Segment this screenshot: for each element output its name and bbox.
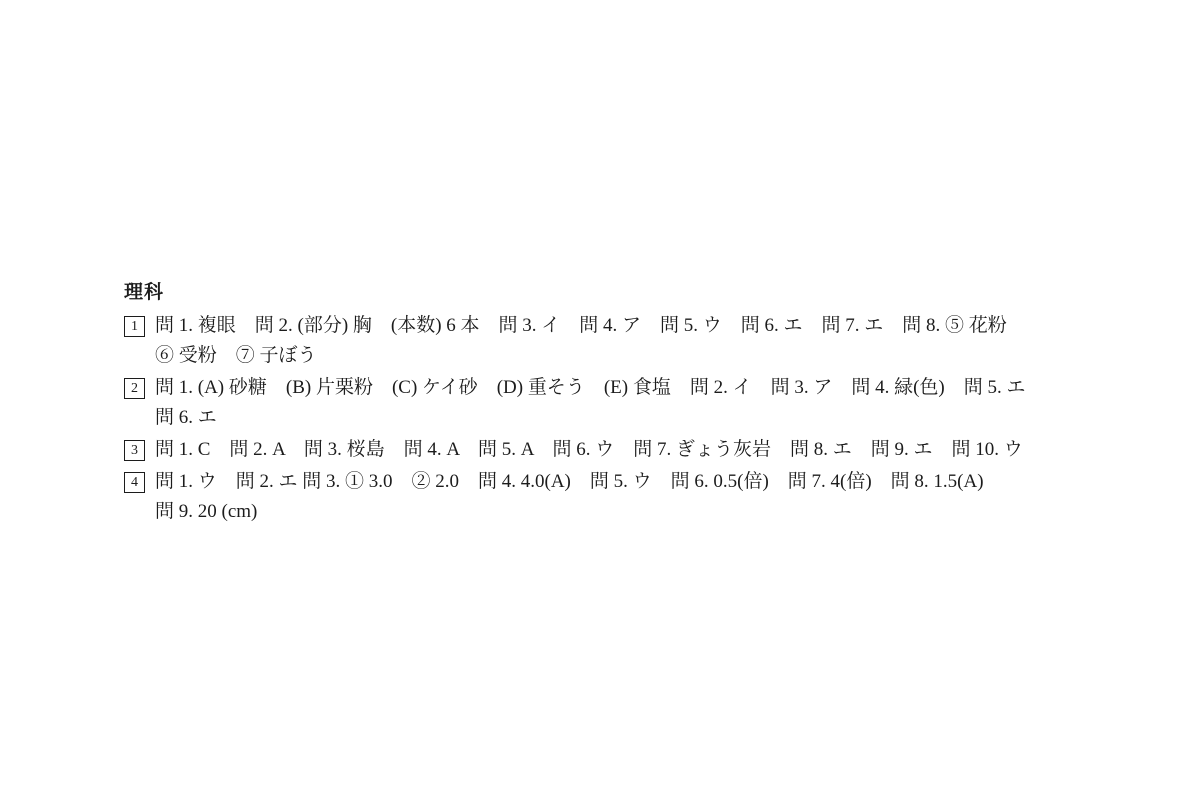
- question-number-box: 1: [124, 316, 145, 337]
- answer-lines: 問 1. ウ 問 2. エ 問 3. ① 3.0 ② 2.0 問 4. 4.0(…: [155, 467, 1134, 527]
- answer-item: 3 問 1. C 問 2. A 問 3. 桜島 問 4. A 問 5. A 問 …: [124, 435, 1134, 465]
- science-answer-key: 理科 1 問 1. 複眼 問 2. (部分) 胸 (本数) 6 本 問 3. イ…: [124, 279, 1134, 527]
- section-title: 理科: [124, 279, 1134, 307]
- answer-line: 問 9. 20 (cm): [155, 497, 1134, 527]
- answer-line: 問 1. C 問 2. A 問 3. 桜島 問 4. A 問 5. A 問 6.…: [155, 435, 1134, 465]
- question-number-box: 2: [124, 378, 145, 399]
- answer-item: 1 問 1. 複眼 問 2. (部分) 胸 (本数) 6 本 問 3. イ 問 …: [124, 311, 1134, 371]
- answer-line: 問 6. エ: [155, 403, 1134, 433]
- answer-lines: 問 1. C 問 2. A 問 3. 桜島 問 4. A 問 5. A 問 6.…: [155, 435, 1134, 465]
- answer-items: 1 問 1. 複眼 問 2. (部分) 胸 (本数) 6 本 問 3. イ 問 …: [124, 311, 1134, 527]
- answer-line: 問 1. (A) 砂糖 (B) 片栗粉 (C) ケイ砂 (D) 重そう (E) …: [155, 373, 1134, 403]
- answer-line: ⑥ 受粉 ⑦ 子ぼう: [155, 341, 1134, 371]
- answer-line: 問 1. ウ 問 2. エ 問 3. ① 3.0 ② 2.0 問 4. 4.0(…: [155, 467, 1134, 497]
- answer-lines: 問 1. (A) 砂糖 (B) 片栗粉 (C) ケイ砂 (D) 重そう (E) …: [155, 373, 1134, 433]
- answer-item: 4 問 1. ウ 問 2. エ 問 3. ① 3.0 ② 2.0 問 4. 4.…: [124, 467, 1134, 527]
- answer-item: 2 問 1. (A) 砂糖 (B) 片栗粉 (C) ケイ砂 (D) 重そう (E…: [124, 373, 1134, 433]
- answer-line: 問 1. 複眼 問 2. (部分) 胸 (本数) 6 本 問 3. イ 問 4.…: [155, 311, 1134, 341]
- question-number-box: 4: [124, 472, 145, 493]
- answer-lines: 問 1. 複眼 問 2. (部分) 胸 (本数) 6 本 問 3. イ 問 4.…: [155, 311, 1134, 371]
- question-number-box: 3: [124, 440, 145, 461]
